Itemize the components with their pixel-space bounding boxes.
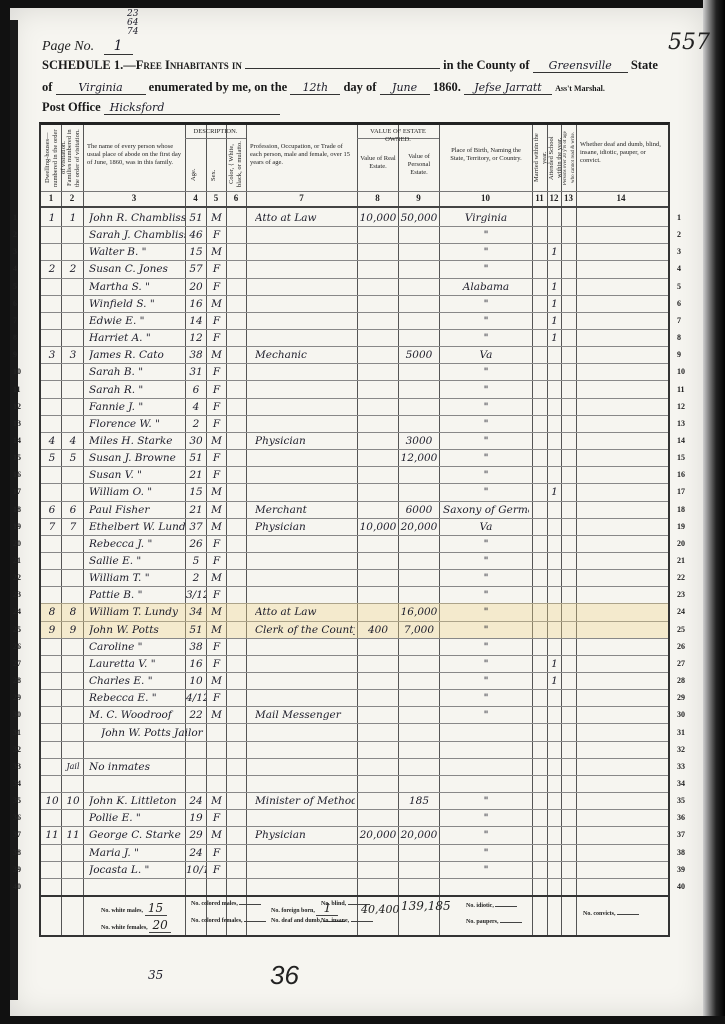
family-number	[63, 725, 83, 741]
age: 20	[186, 279, 206, 295]
personal-estate-value	[400, 553, 438, 569]
attended-school-mark: 1	[548, 330, 561, 346]
col-header-illiterate: Persons over 20 y'rs of age who cannot r…	[562, 129, 575, 187]
family-number	[63, 707, 83, 723]
person-name: Paul Fisher	[89, 502, 185, 518]
birthplace: "	[443, 313, 529, 329]
line-number-left: 29	[13, 693, 21, 702]
line-number-left: 27	[13, 659, 21, 668]
person-name	[89, 879, 185, 895]
table-row: Harriet A. "12F"188	[41, 329, 668, 347]
birthplace: "	[443, 450, 529, 466]
line-number-left: 39	[13, 865, 21, 874]
birthplace: "	[443, 536, 529, 552]
sex: F	[207, 330, 226, 346]
dwelling-number: 11	[43, 827, 61, 843]
sex: M	[207, 622, 226, 638]
col-header-family: Families numbered in the order of visita…	[66, 129, 80, 187]
personal-estate-value	[400, 639, 438, 655]
birthplace: "	[443, 330, 529, 346]
line-number-left: 3	[13, 247, 17, 256]
person-name: William T. Lundy	[89, 604, 185, 620]
table-row: Rebecca J. "26F"2020	[41, 535, 668, 553]
personal-estate-value	[400, 656, 438, 672]
real-estate-value	[359, 879, 397, 895]
birthplace: "	[443, 261, 529, 277]
attended-school-mark	[548, 862, 561, 878]
dwelling-number	[43, 707, 61, 723]
occupation: Physician	[255, 433, 355, 449]
day-of-label: day of	[343, 80, 376, 94]
blind-label: No. blind,	[321, 901, 346, 907]
col-header-sex: Sex.	[210, 163, 222, 187]
attended-school-mark	[548, 364, 561, 380]
line-number-right: 7	[677, 316, 681, 325]
age: 26	[186, 536, 206, 552]
personal-estate-value	[400, 810, 438, 826]
family-number	[63, 416, 83, 432]
table-row: 88William T. Lundy34MAtto at Law16,000"2…	[41, 603, 668, 621]
scan-right-edge	[703, 0, 725, 1024]
person-name: Edwie E. "	[89, 313, 185, 329]
family-number	[63, 690, 83, 706]
attended-school-mark: 1	[548, 244, 561, 260]
sex: F	[207, 227, 226, 243]
line-number-right: 20	[677, 539, 685, 548]
line-number-right: 10	[677, 367, 685, 376]
col-num-11: 11	[532, 193, 547, 203]
age: 12	[186, 330, 206, 346]
table-row: William T. "2M"2222	[41, 569, 668, 587]
family-number	[63, 364, 83, 380]
personal-estate-value	[400, 742, 438, 758]
sex: F	[207, 656, 226, 672]
occupation	[255, 742, 355, 758]
sex	[207, 725, 226, 741]
birthplace: "	[443, 227, 529, 243]
table-row: 1010John K. Littleton24MMinister of Meth…	[41, 792, 668, 810]
occupation: Atto at Law	[255, 604, 355, 620]
person-name: Sarah B. "	[89, 364, 185, 380]
birthplace: Va	[443, 347, 529, 363]
col-header-married: Married within the year.	[533, 129, 546, 187]
birthplace: "	[443, 587, 529, 603]
day-value: 12th	[290, 81, 340, 95]
line-number-left: 4	[13, 264, 17, 273]
dwelling-number	[43, 725, 61, 741]
insane-label: No. insane,	[321, 918, 349, 924]
occupation: Mechanic	[255, 347, 355, 363]
age: 16	[186, 656, 206, 672]
sex: M	[207, 210, 226, 226]
scan-bottom-edge	[0, 1016, 725, 1024]
sex: M	[207, 244, 226, 260]
occupation	[255, 536, 355, 552]
col-header-occupation: Profession, Occupation, or Trade of each…	[250, 143, 354, 167]
personal-estate-value	[400, 570, 438, 586]
occupation: Atto at Law	[255, 210, 355, 226]
insane-value	[351, 921, 373, 922]
dwelling-number: 7	[43, 519, 61, 535]
age: 4	[186, 399, 206, 415]
sex: M	[207, 673, 226, 689]
attended-school-mark	[548, 433, 561, 449]
dwelling-number	[43, 553, 61, 569]
attended-school-mark	[548, 759, 561, 775]
attended-school-mark	[548, 622, 561, 638]
dwelling-number	[43, 759, 61, 775]
line-number-left: 34	[13, 779, 21, 788]
sex: F	[207, 690, 226, 706]
attended-school-mark	[548, 227, 561, 243]
birthplace: "	[443, 673, 529, 689]
real-estate-value	[359, 776, 397, 792]
age	[186, 725, 206, 741]
age	[186, 759, 206, 775]
col-num-2: 2	[61, 193, 83, 203]
col-header-dwelling: Dwelling-houses—numbered in the order of…	[44, 129, 58, 187]
line-number-left: 25	[13, 625, 21, 634]
post-office-label: Post Office	[42, 100, 101, 114]
state-value: Virginia	[56, 81, 146, 95]
page-number-label: Page No.	[42, 39, 94, 54]
line-number-right: 12	[677, 402, 685, 411]
occupation	[255, 399, 355, 415]
attended-school-mark	[548, 553, 561, 569]
person-name: John K. Littleton	[89, 793, 185, 809]
stamp-number: 557	[668, 30, 710, 55]
attended-school-mark: 1	[548, 656, 561, 672]
attended-school-mark: 1	[548, 279, 561, 295]
family-number	[63, 742, 83, 758]
table-row: Rebecca E. "4/12F"2929	[41, 689, 668, 707]
person-name: Sarah R. "	[89, 382, 185, 398]
occupation	[255, 879, 355, 895]
line-number-right: 34	[677, 779, 685, 788]
col-num-8: 8	[357, 193, 398, 203]
person-name: Rebecca E. "	[89, 690, 185, 706]
family-number: 8	[63, 604, 83, 620]
township-field	[245, 68, 440, 69]
occupation	[255, 450, 355, 466]
birthplace: "	[443, 296, 529, 312]
person-name: Pattie B. "	[89, 587, 185, 603]
dwelling-number: 1	[43, 210, 61, 226]
county-label: in the County of	[443, 58, 529, 72]
personal-estate-value: 12,000	[400, 450, 438, 466]
sex	[207, 879, 226, 895]
sex: F	[207, 313, 226, 329]
convicts-value	[617, 914, 639, 915]
family-number: 3	[63, 347, 83, 363]
occupation	[255, 810, 355, 826]
occupation	[255, 330, 355, 346]
personal-estate-value	[400, 725, 438, 741]
real-estate-value	[359, 742, 397, 758]
total-persons: 35	[148, 968, 163, 982]
personal-estate-value	[400, 536, 438, 552]
occupation	[255, 673, 355, 689]
personal-estate-value	[400, 279, 438, 295]
dwelling-number: 3	[43, 347, 61, 363]
real-estate-value	[359, 502, 397, 518]
age: 19	[186, 810, 206, 826]
age: 5	[186, 553, 206, 569]
line-number-left: 13	[13, 419, 21, 428]
birthplace: "	[443, 433, 529, 449]
real-estate-value	[359, 279, 397, 295]
attended-school-mark: 1	[548, 313, 561, 329]
personal-estate-value	[400, 416, 438, 432]
deaf-dumb-label: No. deaf and dumb,	[271, 918, 322, 924]
person-name: Sarah J. Chambliss	[89, 227, 185, 243]
line-number-left: 24	[13, 607, 21, 616]
birthplace: "	[443, 604, 529, 620]
col-num-14: 14	[576, 193, 666, 203]
group-header-description: DESCRIPTION.	[185, 128, 246, 136]
line-number-right: 8	[677, 333, 681, 342]
attended-school-mark	[548, 690, 561, 706]
idiotic-label: No. idiotic,	[466, 903, 494, 909]
line-number-right: 9	[677, 350, 681, 359]
sex	[207, 759, 226, 775]
personal-estate-total: 139,185	[401, 899, 451, 913]
line-number-left: 33	[13, 762, 21, 771]
personal-estate-value	[400, 244, 438, 260]
page-fraction: 23 64 74	[127, 10, 138, 37]
occupation	[255, 296, 355, 312]
personal-estate-value	[400, 484, 438, 500]
age: 51	[186, 450, 206, 466]
occupation	[255, 862, 355, 878]
table-row: Florence W. "2F"1313	[41, 415, 668, 433]
sex: M	[207, 296, 226, 312]
dwelling-number: 2	[43, 261, 61, 277]
family-number	[63, 313, 83, 329]
line-number-left: 10	[13, 367, 21, 376]
col-header-disability: Whether deaf and dumb, blind, insane, id…	[580, 141, 664, 165]
col-num-5: 5	[206, 193, 226, 203]
attended-school-mark	[548, 519, 561, 535]
colored-females-value	[244, 921, 266, 922]
personal-estate-value	[400, 330, 438, 346]
age: 46	[186, 227, 206, 243]
birthplace: Va	[443, 519, 529, 535]
state-label: State	[631, 58, 658, 72]
dwelling-number	[43, 484, 61, 500]
line-number-left: 40	[13, 882, 21, 891]
occupation	[255, 553, 355, 569]
attended-school-mark	[548, 707, 561, 723]
colored-females-label: No. colored females,	[191, 918, 243, 924]
real-estate-value	[359, 690, 397, 706]
personal-estate-value	[400, 673, 438, 689]
family-number	[63, 879, 83, 895]
table-row: Sarah B. "31F"1010	[41, 363, 668, 381]
birthplace: "	[443, 382, 529, 398]
line-number-left: 37	[13, 830, 21, 839]
person-name: John W. Potts	[89, 622, 185, 638]
birthplace: "	[443, 570, 529, 586]
table-row: John W. Potts Jailor3131	[41, 724, 668, 742]
real-estate-value	[359, 244, 397, 260]
attended-school-mark	[548, 587, 561, 603]
sex: F	[207, 467, 226, 483]
line-number-left: 23	[13, 590, 21, 599]
family-number	[63, 536, 83, 552]
white-females-label: No. white females,	[101, 925, 148, 931]
birthplace	[443, 725, 529, 741]
line-number-right: 18	[677, 505, 685, 514]
family-number	[63, 399, 83, 415]
col-num-13: 13	[561, 193, 576, 203]
real-estate-value	[359, 347, 397, 363]
dwelling-number	[43, 810, 61, 826]
family-number	[63, 639, 83, 655]
table-row: 55Susan J. Browne51F12,000"1515	[41, 449, 668, 467]
age: 21	[186, 502, 206, 518]
sex: F	[207, 553, 226, 569]
attended-school-mark	[548, 261, 561, 277]
line-number-left: 16	[13, 470, 21, 479]
sex: F	[207, 416, 226, 432]
person-name: Florence W. "	[89, 416, 185, 432]
family-number	[63, 673, 83, 689]
white-females-value: 20	[149, 918, 171, 933]
table-row: Fannie J. "4F"1212	[41, 398, 668, 416]
real-estate-value	[359, 845, 397, 861]
group-header-value-estate: VALUE OF ESTATE OWNED.	[357, 128, 439, 144]
table-row: 77Ethelbert W. Lundy37MPhysician10,00020…	[41, 518, 668, 536]
occupation	[255, 244, 355, 260]
convicts-label: No. convicts,	[583, 911, 616, 917]
idiotic-value	[495, 906, 517, 907]
age	[186, 742, 206, 758]
attended-school-mark	[548, 570, 561, 586]
personal-estate-value: 20,000	[400, 519, 438, 535]
real-estate-value	[359, 862, 397, 878]
real-estate-value: 10,000	[359, 210, 397, 226]
dwelling-number	[43, 570, 61, 586]
dwelling-number	[43, 690, 61, 706]
personal-estate-value	[400, 690, 438, 706]
table-row: Martha S. "20FAlabama155	[41, 278, 668, 296]
occupation	[255, 364, 355, 380]
birthplace: "	[443, 399, 529, 415]
real-estate-value	[359, 416, 397, 432]
dwelling-number	[43, 313, 61, 329]
personal-estate-value: 7,000	[400, 622, 438, 638]
attended-school-mark	[548, 725, 561, 741]
personal-estate-value: 50,000	[400, 210, 438, 226]
dwelling-number: 9	[43, 622, 61, 638]
attended-school-mark	[548, 742, 561, 758]
family-number	[63, 862, 83, 878]
attended-school-mark	[548, 347, 561, 363]
age: 22	[186, 707, 206, 723]
real-estate-value: 10,000	[359, 519, 397, 535]
table-row: 44Miles H. Starke30MPhysician3000"1414	[41, 432, 668, 450]
attended-school-mark: 1	[548, 296, 561, 312]
person-name: Ethelbert W. Lundy	[89, 519, 185, 535]
dwelling-number: 10	[43, 793, 61, 809]
person-name: Pollie E. "	[89, 810, 185, 826]
birthplace: Virginia	[443, 210, 529, 226]
dwelling-number	[43, 862, 61, 878]
real-estate-value	[359, 725, 397, 741]
occupation	[255, 690, 355, 706]
table-row: 3434	[41, 775, 668, 793]
of-label: of	[42, 80, 52, 94]
table-row: Maria J. "24F"3838	[41, 844, 668, 862]
real-estate-value	[359, 296, 397, 312]
birthplace: Alabama	[443, 279, 529, 295]
age	[186, 776, 206, 792]
sex: F	[207, 536, 226, 552]
occupation: Merchant	[255, 502, 355, 518]
line-number-left: 9	[13, 350, 17, 359]
marshal-name: Jefse Jarratt	[464, 81, 552, 95]
occupation: Minister of Methodist	[255, 793, 355, 809]
occupation	[255, 656, 355, 672]
person-name: Susan C. Jones	[89, 261, 185, 277]
personal-estate-value	[400, 776, 438, 792]
birthplace: "	[443, 690, 529, 706]
page-number: Page No. 1	[42, 38, 133, 55]
line-number-right: 5	[677, 282, 681, 291]
line-number-right: 32	[677, 745, 685, 754]
real-estate-value	[359, 330, 397, 346]
col-num-1: 1	[41, 193, 61, 203]
table-row: 11John R. Chambliss51MAtto at Law10,0005…	[41, 209, 668, 227]
family-number: 6	[63, 502, 83, 518]
person-name: William T. "	[89, 570, 185, 586]
sex: F	[207, 382, 226, 398]
col-num-7: 7	[246, 193, 357, 203]
real-estate-value	[359, 639, 397, 655]
dwelling-number	[43, 536, 61, 552]
family-number: 11	[63, 827, 83, 843]
occupation	[255, 845, 355, 861]
family-number	[63, 279, 83, 295]
family-number: 1	[63, 210, 83, 226]
birthplace: "	[443, 553, 529, 569]
family-number	[63, 656, 83, 672]
family-number	[63, 810, 83, 826]
birthplace: "	[443, 244, 529, 260]
personal-estate-value	[400, 227, 438, 243]
col-header-school: Attended School within the year.	[548, 129, 561, 187]
line-number-right: 17	[677, 487, 685, 496]
age: 51	[186, 622, 206, 638]
age: 34	[186, 604, 206, 620]
real-estate-value	[359, 467, 397, 483]
birthplace: "	[443, 707, 529, 723]
col-num-6: 6	[226, 193, 246, 203]
birthplace: "	[443, 484, 529, 500]
real-estate-value	[359, 793, 397, 809]
sex: M	[207, 519, 226, 535]
line-number-right: 37	[677, 830, 685, 839]
real-estate-value	[359, 450, 397, 466]
attended-school-mark	[548, 450, 561, 466]
birthplace: "	[443, 416, 529, 432]
line-number-right: 2	[677, 230, 681, 239]
col-num-12: 12	[547, 193, 561, 203]
line-number-left: 35	[13, 796, 21, 805]
page-summary: No. white males, 15 No. white females, 2…	[41, 895, 668, 937]
family-number	[63, 570, 83, 586]
